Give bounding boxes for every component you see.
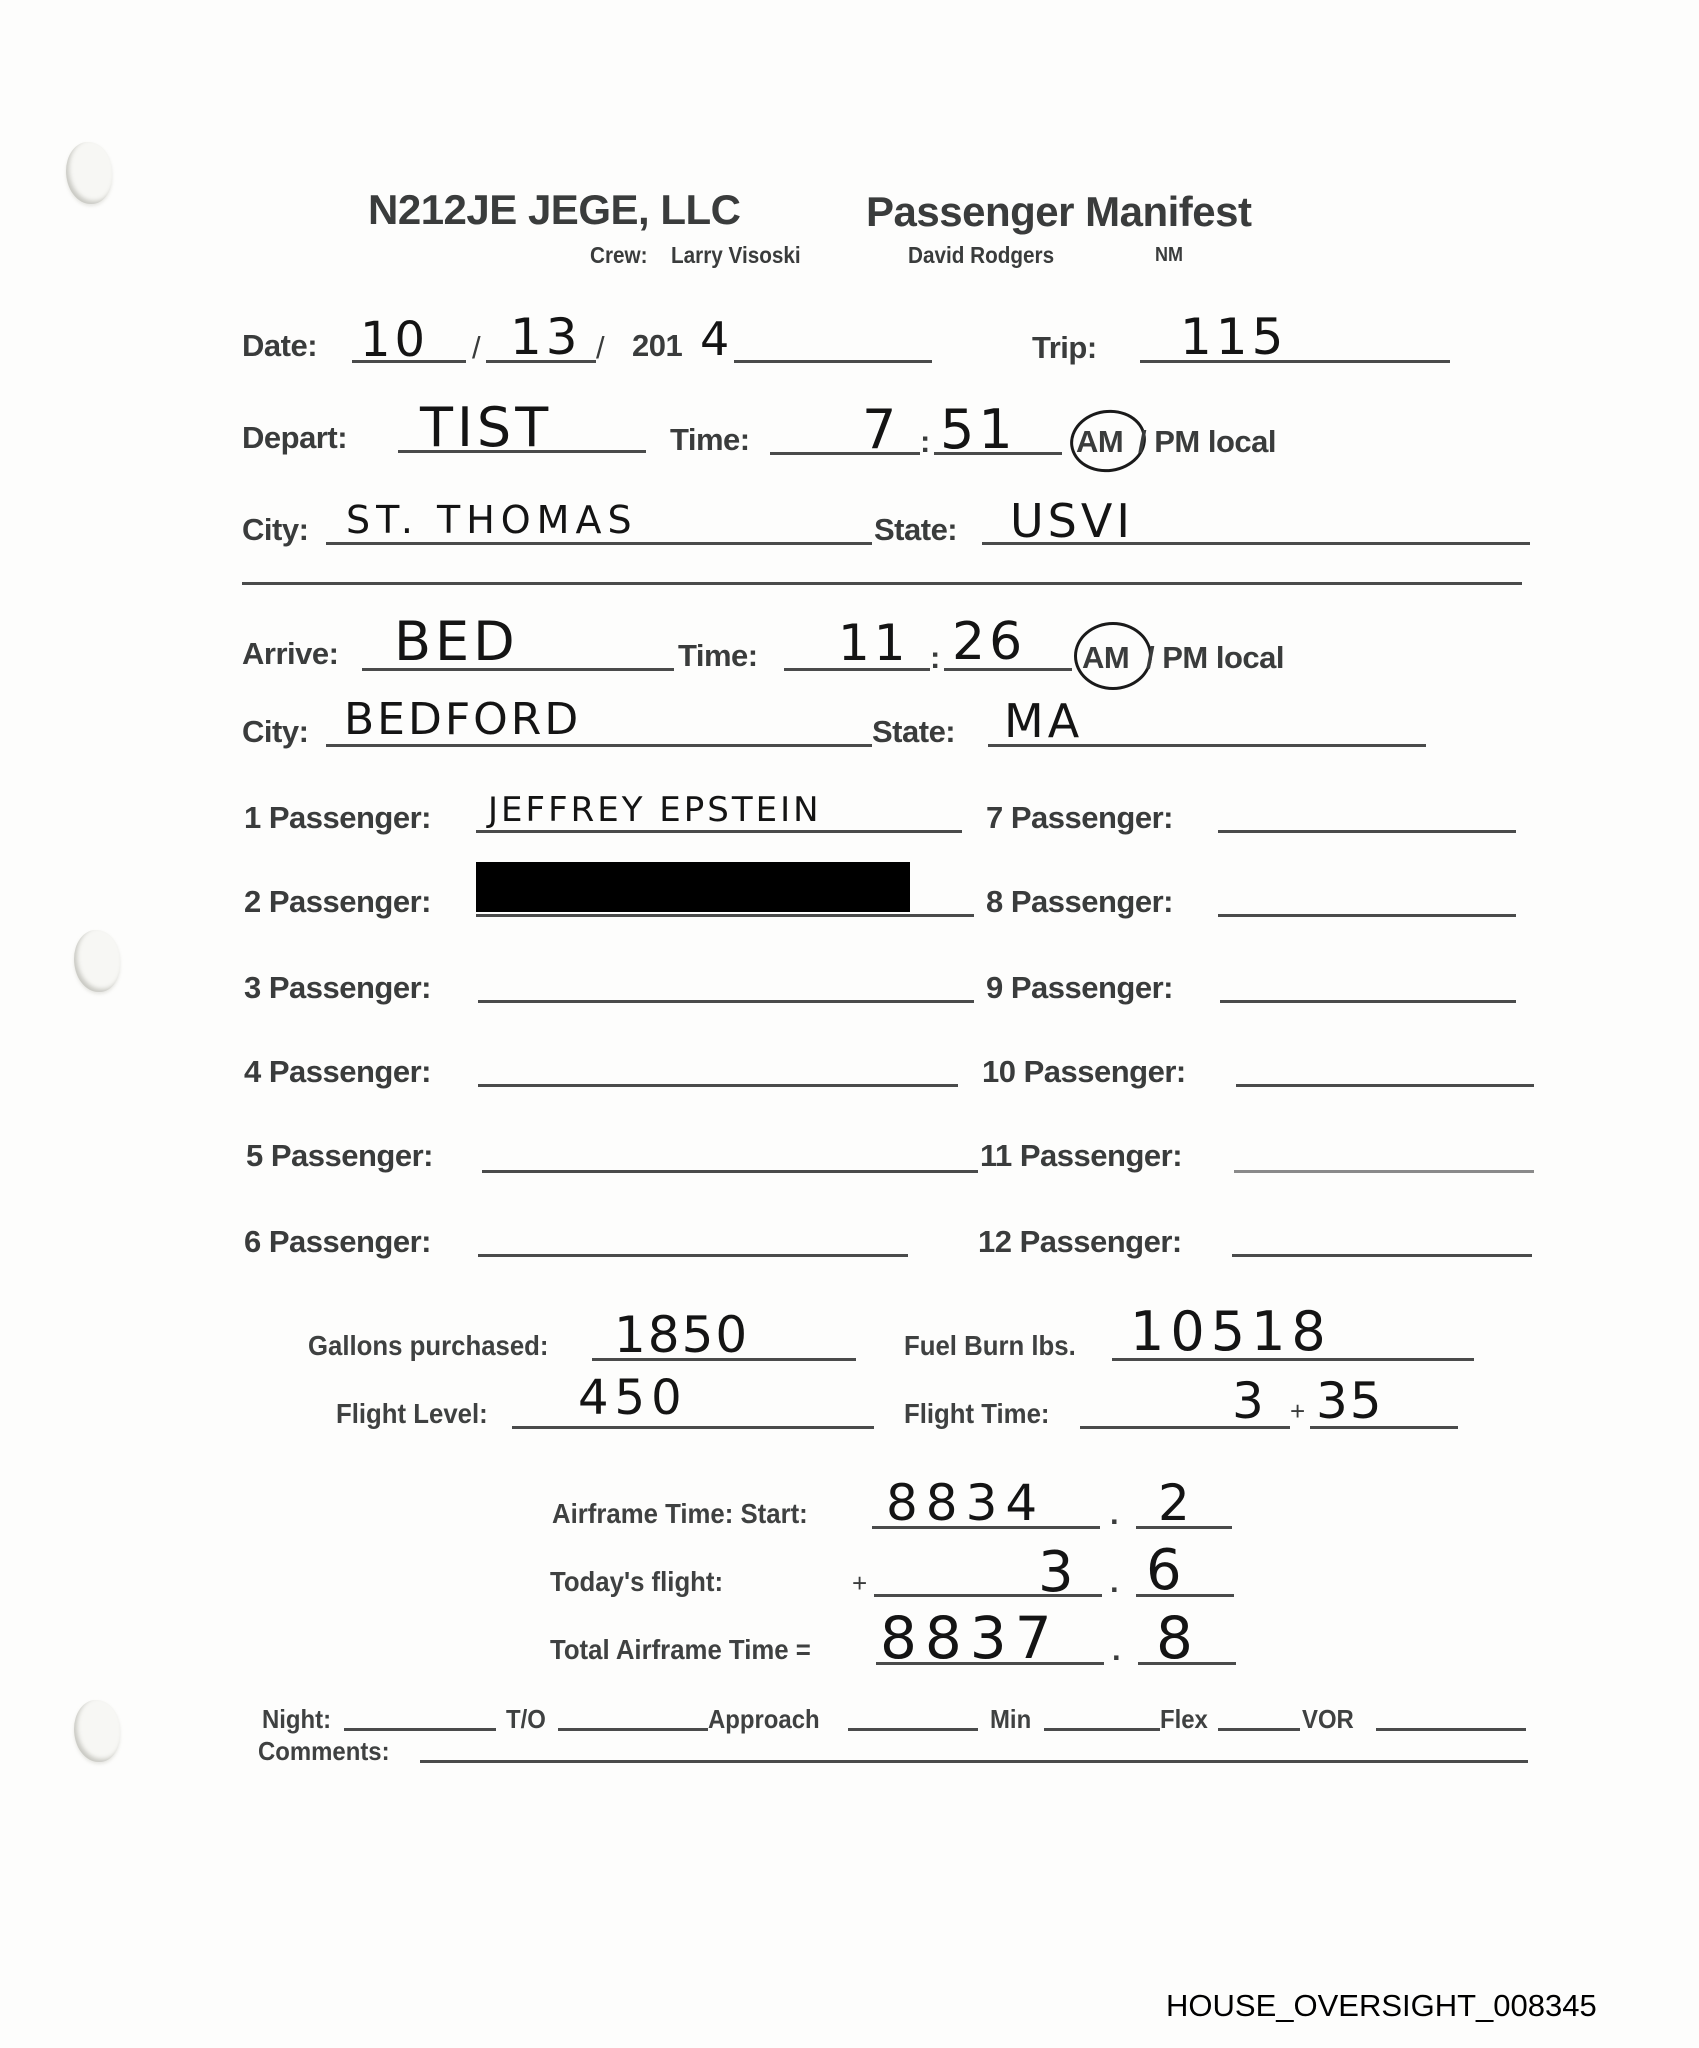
comments-label: Comments:: [258, 1736, 390, 1767]
today-flight-plus: +: [852, 1568, 867, 1599]
date-day-value: 13: [510, 308, 582, 366]
min-label: Min: [990, 1704, 1031, 1735]
passenger-10-label: 10 Passenger:: [982, 1054, 1186, 1090]
today-flight-tenth-value: 6: [1146, 1538, 1186, 1603]
crew-member-1: Larry Visoski: [671, 242, 801, 269]
total-airframe-dot: .: [1112, 1632, 1120, 1668]
depart-pm-option[interactable]: / PM local: [1138, 424, 1276, 460]
today-flight-whole-value: 3: [1038, 1540, 1078, 1605]
passenger-7-field[interactable]: [1218, 830, 1516, 833]
depart-city-field[interactable]: [326, 542, 872, 545]
depart-time-label: Time:: [670, 422, 750, 458]
passenger-8-field[interactable]: [1218, 914, 1516, 917]
airframe-start-tenth-value: 2: [1158, 1474, 1194, 1532]
arrive-minute-value: 26: [952, 612, 1026, 672]
hole-punch-middle: [74, 930, 120, 992]
passenger-2-label: 2 Passenger:: [244, 884, 431, 920]
hole-punch-top: [66, 142, 112, 204]
total-airframe-label: Total Airframe Time =: [550, 1634, 811, 1666]
approach-label: Approach: [708, 1704, 820, 1735]
flight-time-plus: +: [1290, 1396, 1305, 1427]
gallons-purchased-label: Gallons purchased:: [308, 1330, 548, 1362]
passenger-9-field[interactable]: [1220, 1000, 1516, 1003]
depart-minute-value: 51: [940, 398, 1017, 461]
depart-city-label: City:: [242, 512, 308, 548]
airframe-start-dot: .: [1110, 1496, 1118, 1532]
passenger-12-field[interactable]: [1232, 1254, 1532, 1257]
passenger-1-field[interactable]: [476, 830, 962, 833]
passenger-1-value: JEFFREY EPSTEIN: [488, 790, 822, 830]
date-label: Date:: [242, 328, 317, 364]
flight-level-field[interactable]: [512, 1426, 874, 1429]
passenger-9-label: 9 Passenger:: [986, 970, 1173, 1006]
flight-level-label: Flight Level:: [336, 1398, 488, 1430]
arrive-city-value: BEDFORD: [344, 694, 581, 745]
depart-city-value: ST. THOMAS: [346, 498, 638, 542]
gallons-purchased-value: 1850: [614, 1306, 749, 1364]
passenger-1-label: 1 Passenger:: [244, 800, 431, 836]
form-title: Passenger Manifest: [866, 188, 1252, 236]
arrive-am-option[interactable]: AM: [1082, 640, 1129, 676]
depart-value: TIST: [420, 396, 552, 459]
arrive-value: BED: [394, 610, 519, 673]
date-year-field[interactable]: [734, 360, 932, 363]
arrive-state-value: MA: [1004, 694, 1083, 748]
vor-field[interactable]: [1376, 1728, 1526, 1731]
passenger-11-label: 11 Passenger:: [980, 1138, 1182, 1174]
crew-member-3: NM: [1155, 244, 1183, 267]
arrive-state-label: State:: [872, 714, 955, 750]
date-separator-2: /: [596, 330, 604, 366]
passenger-4-label: 4 Passenger:: [244, 1054, 431, 1090]
flight-time-hours-value: 3: [1232, 1372, 1268, 1430]
flight-level-value: 450: [578, 1370, 688, 1426]
passenger-2-field[interactable]: [476, 914, 974, 917]
arrive-time-label: Time:: [678, 638, 758, 674]
passenger-10-field[interactable]: [1236, 1084, 1534, 1087]
airframe-start-label: Airframe Time: Start:: [552, 1498, 808, 1530]
company-title: N212JE JEGE, LLC: [368, 186, 740, 234]
passenger-2-redaction: [476, 862, 910, 912]
comments-field[interactable]: [420, 1760, 1528, 1763]
passenger-3-label: 3 Passenger:: [244, 970, 431, 1006]
flex-field[interactable]: [1218, 1728, 1300, 1731]
depart-time-colon: :: [920, 424, 930, 460]
depart-hour-value: 7: [862, 398, 900, 461]
crew-label: Crew:: [590, 242, 648, 269]
passenger-6-label: 6 Passenger:: [244, 1224, 431, 1260]
passenger-5-field[interactable]: [482, 1170, 978, 1173]
passenger-8-label: 8 Passenger:: [986, 884, 1173, 920]
trip-label: Trip:: [1032, 330, 1097, 366]
trip-value: 115: [1180, 308, 1287, 366]
bates-number: HOUSE_OVERSIGHT_008345: [1166, 1988, 1597, 2024]
passenger-11-field[interactable]: [1234, 1170, 1534, 1173]
depart-state-label: State:: [874, 512, 957, 548]
depart-am-option[interactable]: AM: [1076, 424, 1123, 460]
separator-line: [242, 582, 1522, 585]
flight-time-minutes-value: 35: [1316, 1372, 1384, 1430]
arrive-city-label: City:: [242, 714, 308, 750]
fuel-burn-value: 10518: [1130, 1300, 1332, 1363]
date-month-value: 10: [360, 312, 429, 368]
date-year-prefix: 201: [632, 328, 682, 364]
depart-state-value: USVI: [1010, 494, 1134, 548]
date-year-digit: 4: [700, 312, 733, 366]
passenger-5-label: 5 Passenger:: [246, 1138, 433, 1174]
flight-time-label: Flight Time:: [904, 1398, 1050, 1430]
airframe-start-whole-value: 8834: [886, 1474, 1045, 1532]
arrive-pm-option[interactable]: / PM local: [1146, 640, 1284, 676]
arrive-time-colon: :: [930, 640, 940, 676]
total-airframe-tenth-value: 8: [1156, 1604, 1197, 1672]
hole-punch-bottom: [74, 1700, 120, 1762]
to-label: T/O: [506, 1704, 546, 1735]
today-flight-dot: .: [1110, 1564, 1118, 1600]
passenger-4-field[interactable]: [478, 1084, 958, 1087]
fuel-burn-label: Fuel Burn lbs.: [904, 1330, 1076, 1362]
flex-label: Flex: [1160, 1704, 1208, 1735]
to-field[interactable]: [558, 1728, 708, 1731]
arrive-hour-value: 11: [838, 614, 910, 672]
vor-label: VOR: [1302, 1704, 1354, 1735]
passenger-3-field[interactable]: [478, 1000, 974, 1003]
passenger-6-field[interactable]: [478, 1254, 908, 1257]
night-field[interactable]: [344, 1728, 496, 1731]
depart-label: Depart:: [242, 420, 347, 456]
approach-field[interactable]: [848, 1728, 978, 1731]
passenger-12-label: 12 Passenger:: [978, 1224, 1182, 1260]
today-flight-label: Today's flight:: [550, 1566, 723, 1598]
night-label: Night:: [262, 1704, 331, 1735]
total-airframe-whole-value: 8837: [880, 1604, 1060, 1672]
date-separator-1: /: [472, 330, 480, 366]
min-field[interactable]: [1044, 1728, 1160, 1731]
arrive-label: Arrive:: [242, 636, 338, 672]
crew-member-2: David Rodgers: [908, 242, 1054, 269]
passenger-7-label: 7 Passenger:: [986, 800, 1173, 836]
